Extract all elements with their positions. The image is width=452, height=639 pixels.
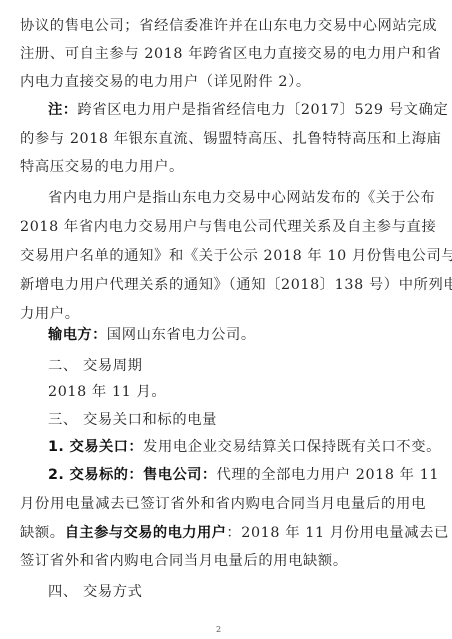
item-2-text: 代理的全部电力用户 2018 年 11	[217, 467, 440, 483]
paragraph-line: 省内电力用户是指山东电力交易中心网站发布的《关于公布	[48, 188, 426, 208]
transmitter-text: 国网山东省电力公司。	[107, 327, 256, 343]
transmitter-line: 输电方：国网山东省电力公司。	[48, 325, 426, 345]
section-body-2: 2018 年 11 月。	[48, 382, 426, 402]
paragraph-line: 力用户。	[20, 304, 426, 324]
paragraph-line: 2018 年省内电力交易用户与售电公司代理关系及自主参与直接	[20, 217, 426, 237]
paragraph-line: 内电力直接交易的电力用户（详见附件 2）。	[20, 72, 426, 92]
item-2-text-2: ：2018 年 11 月份用电量减去已	[226, 525, 449, 541]
item-2-line: 2. 交易标的：售电公司：代理的全部电力用户 2018 年 11	[48, 465, 426, 485]
note-text: 跨省区电力用户是指省经信电力〔2017〕529 号文确定	[77, 102, 448, 118]
item-1-label: 1. 交易关口：	[48, 439, 143, 455]
paragraph-line: 协议的售电公司；省经信委准许并在山东电力交易中心网站完成	[20, 16, 426, 36]
paragraph-line: 的参与 2018 年银东直流、锡盟特高压、扎鲁特特高压和上海庙	[20, 129, 426, 149]
document-page: 协议的售电公司；省经信委准许并在山东电力交易中心网站完成 注册、可自主参与 20…	[0, 0, 452, 639]
item-1-line: 1. 交易关口：发用电企业交易结算关口保持既有关口不变。	[48, 437, 426, 457]
paragraph-line: 签订省外和省内购电合同当月电量后的用电缺额。	[20, 551, 426, 571]
paragraph-line: 新增电力用户代理关系的通知》（通知〔2018〕138 号）中所列电	[20, 275, 426, 295]
item-2-sublabel: 售电公司：	[143, 467, 216, 483]
paragraph-line: 特高压交易的电力用户。	[20, 157, 426, 177]
transmitter-label: 输电方：	[48, 327, 107, 343]
note-line: 注：跨省区电力用户是指省经信电力〔2017〕529 号文确定	[48, 100, 426, 120]
item-2-line-3: 缺额。自主参与交易的电力用户：2018 年 11 月份用电量减去已	[20, 523, 426, 543]
item-2-label: 2. 交易标的：	[48, 467, 143, 483]
paragraph-line: 注册、可自主参与 2018 年跨省区电力直接交易的电力用户和省	[20, 44, 426, 64]
item-1-text: 发用电企业交易结算关口保持既有关口不变。	[143, 439, 441, 455]
item-2-text-cont: 缺额。	[20, 525, 65, 541]
section-heading-3: 三、 交易关口和标的电量	[48, 410, 426, 430]
section-heading-2: 二、 交易周期	[48, 356, 426, 376]
section-heading-4: 四、 交易方式	[48, 582, 426, 602]
note-label: 注：	[48, 102, 77, 118]
paragraph-line: 交易用户名单的通知》和《关于公示 2018 年 10 月份售电公司与	[20, 246, 426, 266]
item-2-sublabel-2: 自主参与交易的电力用户	[65, 525, 227, 541]
paragraph-line: 月份用电量减去已签订省外和省内购电合同当月电量后的用电	[20, 494, 426, 514]
page-number: 2	[216, 625, 221, 634]
